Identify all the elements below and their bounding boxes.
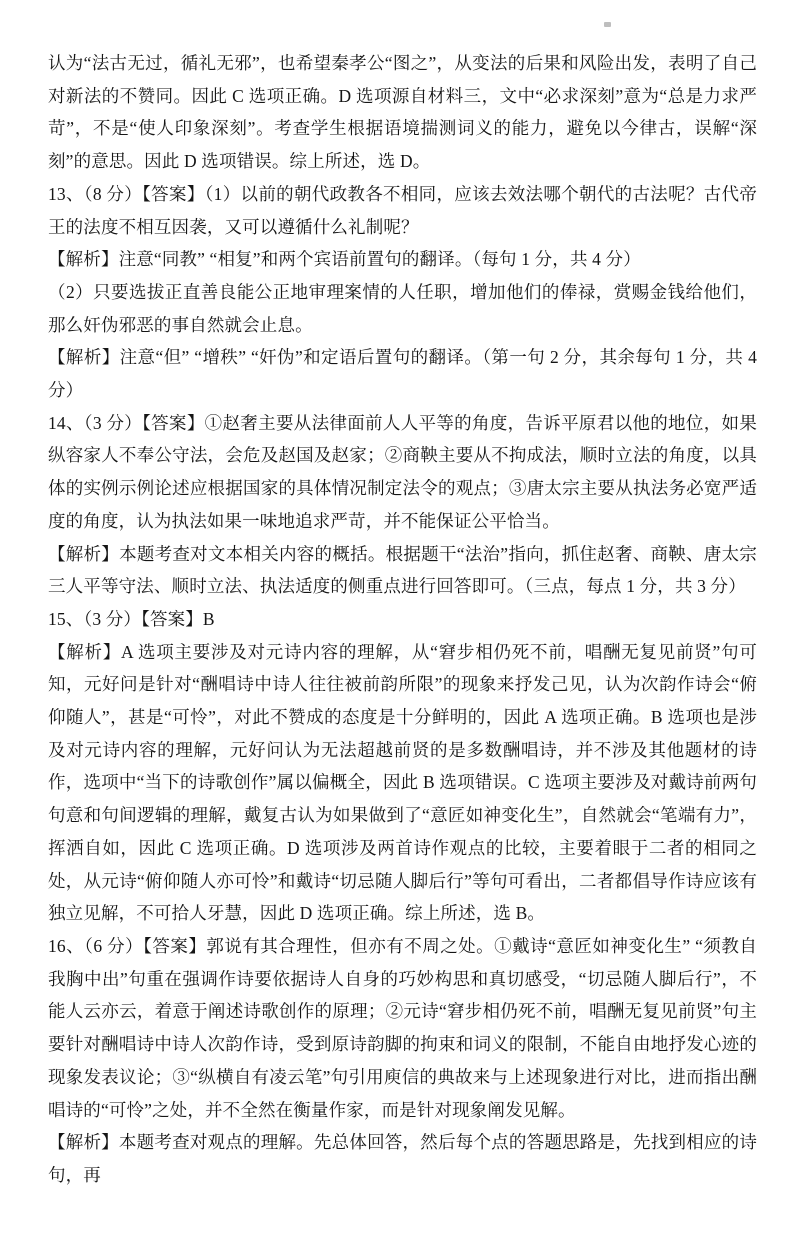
paragraph-q14-answer: 14、（3 分）【答案】①赵奢主要从法律面前人人平等的角度，告诉平原君以他的地位… [48, 407, 757, 538]
scanned-answer-key-page: { "document": { "paragraphs": [ { "text"… [0, 0, 800, 1238]
scan-artifact-mark [604, 22, 611, 27]
paragraph-q14-explanation: 【解析】本题考查对文本相关内容的概括。根据题干“法治”指向，抓住赵奢、商鞅、唐太… [48, 538, 757, 603]
paragraph-q12-explanation-continued: 认为“法古无过，循礼无邪”，也希望秦孝公“图之”，从变法的后果和风险出发，表明了… [48, 47, 757, 178]
answer-key-text-block: 认为“法古无过，循礼无邪”，也希望秦孝公“图之”，从变法的后果和风险出发，表明了… [48, 47, 757, 1192]
paragraph-q15-explanation: 【解析】A 选项主要涉及对元诗内容的理解，从“窘步相仍死不前，唱酬无复见前贤”句… [48, 636, 757, 930]
paragraph-q13-answer-1: 13、（8 分）【答案】（1）以前的朝代政教各不相同，应该去效法哪个朝代的古法呢… [48, 178, 757, 243]
paragraph-q13-explanation-1: 【解析】注意“同教” “相复”和两个宾语前置句的翻译。（每句 1 分，共 4 分… [48, 243, 757, 276]
paragraph-q13-answer-2: （2）只要选拔正直善良能公正地审理案情的人任职，增加他们的俸禄，赏赐金钱给他们，… [48, 276, 757, 341]
paragraph-q16-explanation: 【解析】本题考查对观点的理解。先总体回答，然后每个点的答题思路是，先找到相应的诗… [48, 1126, 757, 1191]
paragraph-q15-answer: 15、（3 分）【答案】B [48, 603, 757, 636]
paragraph-q13-explanation-2: 【解析】注意“但” “增秩” “奸伪”和定语后置句的翻译。（第一句 2 分，其余… [48, 341, 757, 406]
paragraph-q16-answer: 16、（6 分）【答案】郭说有其合理性，但亦有不周之处。①戴诗“意匠如神变化生”… [48, 930, 757, 1126]
